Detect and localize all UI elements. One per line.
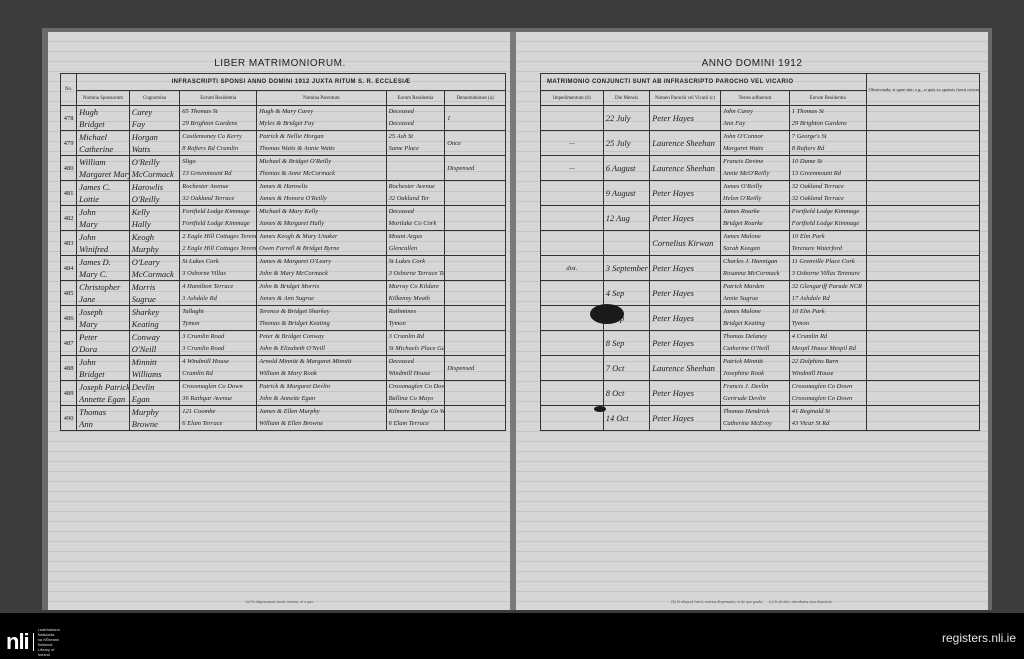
witnesses: James O'ReillyHelen O'Reilly	[721, 181, 790, 206]
cell-line: Crossmaglen Co Down	[182, 381, 254, 393]
marriage-date: 3 September	[603, 256, 650, 281]
parents-names: Michael & Mary KellyJames & Margaret Hal…	[257, 206, 386, 231]
cell-line: 4 Windmill House	[182, 356, 254, 368]
cell-line: 6 Elam Terrace	[389, 418, 443, 430]
marriage-date: 7 Oct	[603, 356, 650, 381]
cell-line: 65 Thomas St	[182, 106, 254, 118]
cell-line: Christopher	[79, 281, 127, 293]
cell-line: Joseph	[79, 306, 127, 318]
cell-line: Bridget Rourke	[723, 218, 787, 230]
parents-residence: DeceasedWindmill House	[386, 356, 445, 381]
nli-logo[interactable]: nli Leabharlann Náisiúnta na hÉireann Na…	[6, 627, 60, 657]
site-link[interactable]: registers.nli.ie	[942, 631, 1016, 645]
cell-line: Peter & Bridget Conway	[259, 331, 383, 343]
cell-line: Windmill House	[792, 368, 864, 380]
cell-line: Margaret Mary	[79, 168, 127, 180]
observations	[866, 306, 979, 331]
spouse-names: MichaelCatherine	[77, 131, 130, 156]
cell-line: Francis Devine	[723, 156, 787, 168]
register-entry-row: 489Joseph PatrickAnnette EganDevlinEganC…	[61, 381, 506, 406]
marriage-date: 14 Oct	[603, 406, 650, 431]
register-entry-row: —25 JulyLaurence SheehanJohn O'ConnorMar…	[541, 131, 980, 156]
cell-line: Same Place	[389, 143, 443, 155]
spouse-residence: Crossmaglen Co Down36 Rathgar Avenue	[180, 381, 257, 406]
col-header: Cognomina	[129, 91, 180, 106]
witness-residence: 10 Elm ParkTymon	[789, 306, 866, 331]
cell-line: John	[79, 356, 127, 368]
cell-line: Francis J. Devlin	[723, 381, 787, 393]
marriage-date: 8 Oct	[603, 381, 650, 406]
witness-residence: 32 Oakland Terrace32 Oakland Terrace	[789, 181, 866, 206]
observations	[866, 156, 979, 181]
cell-line: William & Mary Rook	[259, 368, 383, 380]
parents-residence: St Lukes Cork3 Osborne Terrace Terenure	[386, 256, 445, 281]
cell-line: James & Harowlis	[259, 181, 383, 193]
parents-names: Terence & Bridget SharkeyThomas & Bridge…	[257, 306, 386, 331]
spouse-residence: 4 Hamilton Terrace3 Ashdale Rd	[180, 281, 257, 306]
entry-number: 479	[61, 131, 77, 156]
observation-header: Observanda, si quae sint: e.g., si quis …	[866, 74, 979, 106]
parents-residence: DeceasedMortlake Co Cork	[386, 206, 445, 231]
cell-line: Fortfield Lodge Kimmage	[182, 218, 254, 230]
spouse-surnames: MorrisSugrue	[129, 281, 180, 306]
cell-line: 17 Ashdale Rd	[792, 293, 864, 305]
col-no: No.	[61, 74, 77, 106]
cell-line: 32 Oakland Terrace	[182, 193, 254, 205]
observations	[866, 356, 979, 381]
cell-line: 13 Greenmount Rd	[792, 168, 864, 180]
witnesses: James RourkeBridget Rourke	[721, 206, 790, 231]
entry-number: 489	[61, 381, 77, 406]
spouse-residence: Rochester Avenue32 Oakland Terrace	[180, 181, 257, 206]
officiating-priest: Laurence Sheehan	[650, 356, 721, 381]
parents-names: Arnold Minnitt & Margaret MinnittWilliam…	[257, 356, 386, 381]
cell-line: 22 Dolphins Barn	[792, 356, 864, 368]
impedimentum	[541, 356, 604, 381]
spouse-surnames: MurphyBrowne	[129, 406, 180, 431]
cell-line: O'Neill	[132, 343, 178, 355]
cell-line: James C.	[79, 181, 127, 193]
cell-line: James Keogh & Mary Unaker	[259, 231, 383, 243]
witness-residence: 1 Thomas St29 Brighton Gardens	[789, 106, 866, 131]
register-entry-row: 480WilliamMargaret MaryO'ReillyMcCormack…	[61, 156, 506, 181]
entry-number: 482	[61, 206, 77, 231]
register-entry-row: 22 JulyPeter HayesJohn CareyAnn Fay1 Tho…	[541, 106, 980, 131]
cell-line: John	[79, 206, 127, 218]
marriage-date	[603, 231, 650, 256]
entry-number: 484	[61, 256, 77, 281]
parents-residence: Kilmore Bridge Co Wexford6 Elam Terrace	[386, 406, 445, 431]
cell-line: Bridget	[79, 368, 127, 380]
entry-number: 478	[61, 106, 77, 131]
register-entry-row: —6 AugustLaurence SheehanFrancis DevineA…	[541, 156, 980, 181]
spouse-residence: 4 Windmill HouseCrumlin Rd	[180, 356, 257, 381]
parents-residence: RathminesTymon	[386, 306, 445, 331]
cell-line: Sligo	[182, 156, 254, 168]
cell-line: Annie Sugrue	[723, 293, 787, 305]
cell-line: 32 Oakland Terrace	[792, 193, 864, 205]
marriage-date: 8 Sep	[603, 331, 650, 356]
denuntiationes	[445, 231, 506, 256]
cell-line: Deceased	[389, 118, 443, 130]
cell-line: Gertrude Devlin	[723, 393, 787, 405]
denuntiationes	[445, 331, 506, 356]
spouse-residence: 121 Coombe6 Elam Terrace	[180, 406, 257, 431]
cell-line: Myles & Bridget Fay	[259, 118, 383, 130]
cell-line: Mary C.	[79, 268, 127, 280]
witnesses: John CareyAnn Fay	[721, 106, 790, 131]
cell-line: Lottie	[79, 193, 127, 205]
observations	[866, 331, 979, 356]
register-entry-row: 478HughBridgetCareyFay65 Thomas St29 Bri…	[61, 106, 506, 131]
cell-line: Crossmaglen Co Down	[792, 381, 864, 393]
denuntiationes: Once	[445, 131, 506, 156]
col-header: Denuntiationes (a)	[445, 91, 506, 106]
cell-line: 3 Crumlin Road	[182, 343, 254, 355]
spouse-names: PeterDora	[77, 331, 130, 356]
register-entry-row: 487PeterDoraConwayO'Neill3 Crumlin Road3…	[61, 331, 506, 356]
col-header: Eorum Residentia	[386, 91, 445, 106]
marriage-date: 9 August	[603, 181, 650, 206]
cell-line: Charles J. Hannigan	[723, 256, 787, 268]
cell-line: Mortlake Co Cork	[389, 218, 443, 230]
cell-line: James Malone	[723, 231, 787, 243]
marriage-date: 25 July	[603, 131, 650, 156]
impedimentum	[541, 181, 604, 206]
cell-line: Williams	[132, 368, 178, 380]
spouse-names: JohnWinifred	[77, 231, 130, 256]
cell-line: Annie McO'Reilly	[723, 168, 787, 180]
cell-line: Thomas Hendrick	[723, 406, 787, 418]
parents-names: Hugh & Mary CareyMyles & Bridget Fay	[257, 106, 386, 131]
cell-line: 36 Rathgar Avenue	[182, 393, 254, 405]
parents-names: Peter & Bridget ConwayJohn & Elizabeth O…	[257, 331, 386, 356]
cell-line: 10 Dame St	[792, 156, 864, 168]
spouse-surnames: HarowlisO'Reilly	[129, 181, 180, 206]
cell-line: James D.	[79, 256, 127, 268]
entry-number: 480	[61, 156, 77, 181]
cell-line: Annette Egan	[79, 393, 127, 405]
witness-residence: 10 Elm ParkTerenure Waterford	[789, 231, 866, 256]
observations	[866, 231, 979, 256]
cell-line: 3 Crumlin Road	[182, 331, 254, 343]
cell-line: Tymon	[389, 318, 443, 330]
marriage-date: 6 August	[603, 156, 650, 181]
cell-line: John & Elizabeth O'Neill	[259, 343, 383, 355]
parents-residence: DeceasedDeceased	[386, 106, 445, 131]
cell-line: O'Reilly	[132, 156, 178, 168]
spouse-names: HughBridget	[77, 106, 130, 131]
spouse-names: James C.Lottie	[77, 181, 130, 206]
cell-line: Thomas Delaney	[723, 331, 787, 343]
parents-names: James Keogh & Mary UnakerOwen Farrell & …	[257, 231, 386, 256]
footnote-c: (c) Si ab alio, inscribatur ejus deposit…	[769, 599, 833, 604]
cell-line: Fortfield Lodge Kimmage	[792, 206, 864, 218]
witness-residence: 11 Grenville Place Cork3 Osborne Villas …	[789, 256, 866, 281]
cell-line: 7 George's St	[792, 131, 864, 143]
cell-line: Kelly	[132, 206, 178, 218]
impedimentum	[541, 231, 604, 256]
right-footnotes: (b) Si aliquod fuerit, notetur dispensat…	[516, 599, 988, 604]
observations	[866, 256, 979, 281]
cell-line: 25 Ash St	[389, 131, 443, 143]
left-page-title: LIBER MATRIMONIORUM.	[48, 58, 512, 69]
impedimentum: —	[541, 131, 604, 156]
spouse-residence: Sligo13 Greenmount Rd	[180, 156, 257, 181]
spouse-names: JosephMary	[77, 306, 130, 331]
spouse-surnames: SharkeyKeating	[129, 306, 180, 331]
cell-line: Terenure Waterford	[792, 243, 864, 255]
parents-names: Patrick & Nellie HorganThomas Watts & An…	[257, 131, 386, 156]
cell-line: James Malone	[723, 306, 787, 318]
cell-line: Margaret Watts	[723, 143, 787, 155]
ink-blot	[594, 406, 606, 412]
cell-line: James & Ellen Murphy	[259, 406, 383, 418]
cell-line: 32 Oakland Terrace	[792, 181, 864, 193]
entry-number: 481	[61, 181, 77, 206]
marriage-register-table-left: No. INFRASCRIPTI SPONSI ANNO DOMINI 1912…	[60, 73, 506, 431]
parents-names: James & Ellen MurphyWilliam & Ellen Brow…	[257, 406, 386, 431]
entry-number: 490	[61, 406, 77, 431]
col-header: Eorum Residentia	[180, 91, 257, 106]
right-page-title: ANNO DOMINI 1912	[516, 58, 988, 69]
cell-line: Rathmines	[389, 306, 443, 318]
cell-line: Josephine Rook	[723, 368, 787, 380]
col-header: Die Mensis	[603, 91, 650, 106]
marriage-date: 4 Sep	[603, 281, 650, 306]
denuntiationes	[445, 256, 506, 281]
observations	[866, 381, 979, 406]
spouse-residence: 2 Eagle Hill Cottages Terenure2 Eagle Hi…	[180, 231, 257, 256]
footer-bar: nli Leabharlann Náisiúnta na hÉireann Na…	[0, 613, 1024, 659]
cell-line: Hally	[132, 218, 178, 230]
cell-line: 2 Eagle Hill Cottages Terenure	[182, 243, 254, 255]
marriage-date: 22 July	[603, 106, 650, 131]
witness-residence: 22 Dolphins BarnWindmill House	[789, 356, 866, 381]
cell-line: Owen Farrell & Bridget Byrne	[259, 243, 383, 255]
cell-line: Crossmaglen Co Down	[792, 393, 864, 405]
cell-line: Harowlis	[132, 181, 178, 193]
cell-line: 3 Crumlin Rd	[389, 331, 443, 343]
register-entry-row: 482JohnMaryKellyHallyFortfield Lodge Kim…	[61, 206, 506, 231]
cell-line: Tymon	[792, 318, 864, 330]
impedimentum: dist.	[541, 256, 604, 281]
cell-line: Dora	[79, 343, 127, 355]
register-entry-row: 7 OctLaurence SheehanPatrick MinnittJose…	[541, 356, 980, 381]
officiating-priest: Peter Hayes	[650, 331, 721, 356]
spouse-surnames: ConwayO'Neill	[129, 331, 180, 356]
cell-line: Hugh	[79, 106, 127, 118]
cell-line: William & Ellen Browne	[259, 418, 383, 430]
witnesses: James MaloneSarah Keegan	[721, 231, 790, 256]
register-entry-row: 488JohnBridgetMinnittWilliams4 Windmill …	[61, 356, 506, 381]
spouse-surnames: MinnittWilliams	[129, 356, 180, 381]
cell-line: William	[79, 156, 127, 168]
register-entry-row: 485ChristopherJaneMorrisSugrue4 Hamilton…	[61, 281, 506, 306]
left-register-page: LIBER MATRIMONIORUM. No. INFRASCRIPTI SP…	[48, 32, 512, 610]
cell-line: Fortfield Lodge Kimmage	[182, 206, 254, 218]
spouse-residence: 3 Crumlin Road3 Crumlin Road	[180, 331, 257, 356]
cell-line: Michael	[79, 131, 127, 143]
denuntiationes: Dispensed	[445, 356, 506, 381]
officiating-priest: Peter Hayes	[650, 406, 721, 431]
register-entry-row: 9 AugustPeter HayesJames O'ReillyHelen O…	[541, 181, 980, 206]
cell-line: Morris	[132, 281, 178, 293]
spouse-surnames: CareyFay	[129, 106, 180, 131]
cell-line: Murphy	[132, 406, 178, 418]
parents-residence: Mount ArgusGlencullen	[386, 231, 445, 256]
cell-line: Mary	[79, 318, 127, 330]
parents-names: James & HarowlisJames & Honora O'Reilly	[257, 181, 386, 206]
cell-line: Keogh	[132, 231, 178, 243]
observations	[866, 206, 979, 231]
spouse-surnames: KeoghMurphy	[129, 231, 180, 256]
cell-line: Tymon	[182, 318, 254, 330]
denuntiationes	[445, 281, 506, 306]
parents-names: John & Bridget MorrisJames & Ann Sugrue	[257, 281, 386, 306]
cell-line: Crumlin Rd	[182, 368, 254, 380]
cell-line: James & Honora O'Reilly	[259, 193, 383, 205]
witness-residence: 41 Reginald St43 Vicar St Rd	[789, 406, 866, 431]
witnesses: John O'ConnorMargaret Watts	[721, 131, 790, 156]
cell-line: 43 Vicar St Rd	[792, 418, 864, 430]
officiating-priest: Cornelius Kirwan	[650, 231, 721, 256]
cell-line: Hugh & Mary Carey	[259, 106, 383, 118]
spouse-residence: St Lukes Cork3 Osborne Villas	[180, 256, 257, 281]
spouse-names: JohnMary	[77, 206, 130, 231]
cell-line: 10 Elm Park	[792, 231, 864, 243]
register-entry-row: 490ThomasAnnMurphyBrowne121 Coombe6 Elam…	[61, 406, 506, 431]
spouse-surnames: KellyHally	[129, 206, 180, 231]
witnesses: Francis DevineAnnie McO'Reilly	[721, 156, 790, 181]
cell-line: 2 Eagle Hill Cottages Terenure	[182, 231, 254, 243]
spouse-surnames: DevlinEgan	[129, 381, 180, 406]
witness-residence: 10 Dame St13 Greenmount Rd	[789, 156, 866, 181]
cell-line: St Lukes Cork	[182, 256, 254, 268]
cell-line: Watts	[132, 143, 178, 155]
cell-line: Mary	[79, 218, 127, 230]
spouse-names: ChristopherJane	[77, 281, 130, 306]
spouse-surnames: O'ReillyMcCormack	[129, 156, 180, 181]
denuntiationes	[445, 381, 506, 406]
cell-line: 13 Greenmount Rd	[182, 168, 254, 180]
spouse-residence: Fortfield Lodge KimmageFortfield Lodge K…	[180, 206, 257, 231]
cell-line: 3 Osborne Terrace Terenure	[389, 268, 443, 280]
cell-line: Bridget Keating	[723, 318, 787, 330]
officiating-priest: Peter Hayes	[650, 256, 721, 281]
cell-line: Patrick & Margaret Devlin	[259, 381, 383, 393]
entry-number: 486	[61, 306, 77, 331]
logo-divider	[33, 633, 34, 651]
parents-names: Michael & Bridget O'ReillyThomas & Anne …	[257, 156, 386, 181]
cell-line: 1 Thomas St	[792, 106, 864, 118]
impedimentum	[541, 331, 604, 356]
cell-line: Ballina Co Mayo	[389, 393, 443, 405]
cell-line: Bridget	[79, 118, 127, 130]
cell-line: O'Leary	[132, 256, 178, 268]
cell-line: Thomas & Bridget Keating	[259, 318, 383, 330]
impedimentum	[541, 281, 604, 306]
cell-line: Patrick & Nellie Horgan	[259, 131, 383, 143]
cell-line: Crossmaglen Co Down	[389, 381, 443, 393]
cell-line: Helen O'Reilly	[723, 193, 787, 205]
spouse-names: James D.Mary C.	[77, 256, 130, 281]
spouse-residence: TallaghtTymon	[180, 306, 257, 331]
entry-number: 483	[61, 231, 77, 256]
spouse-residence: 65 Thomas St29 Brighton Gardens	[180, 106, 257, 131]
denuntiationes	[445, 181, 506, 206]
left-banner: INFRASCRIPTI SPONSI ANNO DOMINI 1912 JUX…	[77, 74, 506, 91]
parents-residence: 3 Crumlin RdSt Michaels Place Galway	[386, 331, 445, 356]
officiating-priest: Peter Hayes	[650, 306, 721, 331]
witnesses: Patrick MinnittJosephine Rook	[721, 356, 790, 381]
denuntiationes	[445, 306, 506, 331]
cell-line: Deceased	[389, 356, 443, 368]
officiating-priest: Peter Hayes	[650, 106, 721, 131]
right-banner: MATRIMONIO CONJUNCTI SUNT AB INFRASCRIPT…	[541, 74, 867, 91]
register-entry-row: 8 OctPeter HayesFrancis J. DevlinGertrud…	[541, 381, 980, 406]
witnesses: James MaloneBridget Keating	[721, 306, 790, 331]
parents-names: Patrick & Margaret DevlinJohn & Annette …	[257, 381, 386, 406]
cell-line: Thomas	[79, 406, 127, 418]
parents-residence: Rochester Avenue32 Oakland Ter	[386, 181, 445, 206]
register-entry-row: dist.3 SeptemberPeter HayesCharles J. Ha…	[541, 256, 980, 281]
cell-line: Murphy	[132, 243, 178, 255]
col-header: Impedimentum (b)	[541, 91, 604, 106]
spouse-names: ThomasAnn	[77, 406, 130, 431]
marriage-register-table-right: MATRIMONIO CONJUNCTI SUNT AB INFRASCRIPT…	[540, 73, 980, 431]
cell-line: 4 Hamilton Terrace	[182, 281, 254, 293]
cell-line: Sharkey	[132, 306, 178, 318]
observations	[866, 406, 979, 431]
cell-line: John Carey	[723, 106, 787, 118]
spouse-surnames: O'LearyMcCormack	[129, 256, 180, 281]
entry-number: 485	[61, 281, 77, 306]
cell-line: Ann Fay	[723, 118, 787, 130]
cell-line: John & Annette Egan	[259, 393, 383, 405]
cell-line: James & Margaret O'Leary	[259, 256, 383, 268]
cell-line: James O'Reilly	[723, 181, 787, 193]
officiating-priest: Peter Hayes	[650, 206, 721, 231]
cell-line: St Michaels Place Galway	[389, 343, 443, 355]
register-entry-row: 12 AugPeter HayesJames RourkeBridget Rou…	[541, 206, 980, 231]
spouse-surnames: HorganWatts	[129, 131, 180, 156]
cell-line: 32 Glengariff Parade NCR	[792, 281, 864, 293]
observations	[866, 181, 979, 206]
cell-line: 10 Elm Park	[792, 306, 864, 318]
cell-line: Keating	[132, 318, 178, 330]
cell-line: Kilmore Bridge Co Wexford	[389, 406, 443, 418]
cell-line: 8 Rafters Rd	[792, 143, 864, 155]
cell-line: James & Margaret Hally	[259, 218, 383, 230]
cell-line: McCormack	[132, 168, 178, 180]
register-entry-row: 479MichaelCatherineHorganWattsCastlemone…	[61, 131, 506, 156]
cell-line: Thomas Watts & Annie Watts	[259, 143, 383, 155]
spouse-residence: Castlemoney Co Kerry8 Rafters Rd Crumlin	[180, 131, 257, 156]
nli-logo-mark: nli	[6, 632, 29, 652]
cell-line: Michael & Mary Kelly	[259, 206, 383, 218]
col-header: Nomina Parentum	[257, 91, 386, 106]
spouse-names: Joseph PatrickAnnette Egan	[77, 381, 130, 406]
footnote-b: (b) Si aliquod fuerit, notetur dispensat…	[671, 599, 763, 604]
cell-line: 3 Ashdale Rd	[182, 293, 254, 305]
cell-line: Catherine McEvoy	[723, 418, 787, 430]
register-entry-row: 484James D.Mary C.O'LearyMcCormackSt Luk…	[61, 256, 506, 281]
impedimentum	[541, 106, 604, 131]
col-header: Nomina Sponsorum	[77, 91, 130, 106]
denuntiationes	[445, 406, 506, 431]
register-entry-row: 4 SepPeter HayesPatrick MardenAnnie Sugr…	[541, 281, 980, 306]
